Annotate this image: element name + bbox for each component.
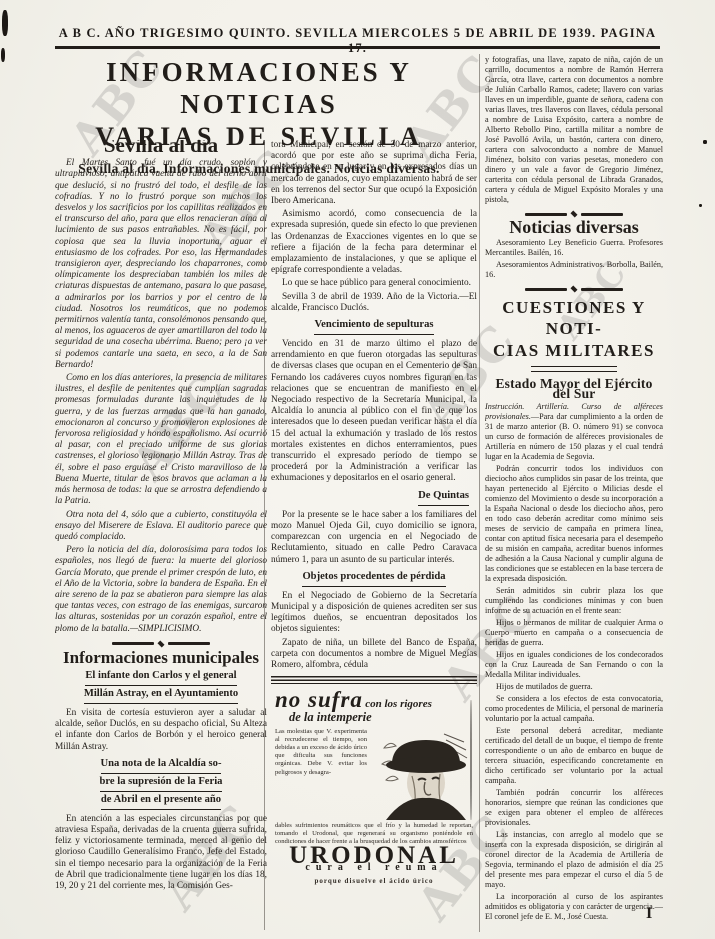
column-right: y fotografías, una llave, zapato de niña… — [485, 55, 663, 933]
subhead-line: Vencimiento de sepulturas — [314, 317, 433, 335]
scan-artifact: I — [646, 905, 652, 923]
subhead-line: De Quintas — [418, 488, 469, 506]
paragraph: Este personal deberá acreditar, mediante… — [485, 726, 663, 786]
paragraph: Asimismo acordó, como consecuencia de la… — [271, 209, 477, 276]
paragraph: tora Municipal, en sesión de 30 de marzo… — [271, 140, 477, 207]
paragraph: Serán admitidos sin cubrir plaza los que… — [485, 586, 663, 616]
subhead-quintas: De Quintas — [271, 488, 477, 506]
ornament-divider-icon — [485, 286, 663, 292]
paragraph: Hijos de mutilados de guerra. — [485, 682, 663, 692]
ornament-divider-icon — [55, 641, 267, 647]
ad-headline: no sufra con los rigores — [275, 694, 473, 711]
ad-brand-urodonal: URODONAL — [275, 850, 473, 861]
paragraph: Se considera a los efectos de esta convo… — [485, 694, 663, 724]
subhead-sepulturas: Vencimiento de sepulturas — [271, 317, 477, 335]
article-body: El Martes Santo fué un día crudo, soplón… — [55, 158, 267, 635]
article-title-informaciones-municipales: Informaciones municipales — [55, 652, 267, 663]
scan-artifact — [703, 140, 707, 144]
subhead-line: Objetos procedentes de pérdida — [302, 569, 445, 587]
masthead-rule — [55, 46, 660, 49]
title-line: CUESTIONES Y NOTI- — [502, 298, 646, 338]
paragraph: Las instancias, con arreglo al modelo qu… — [485, 830, 663, 890]
paragraph: El Martes Santo fué un día crudo, soplón… — [55, 158, 267, 371]
title-line: CIAS MILITARES — [493, 341, 655, 360]
newspaper-page: ABC ABC ABC ABC ABC ABC ABC ABC ABC A B … — [0, 0, 715, 939]
paragraph: Instrucción. Artillería. Curso de alfére… — [485, 402, 663, 462]
urodonal-advertisement: no sufra con los rigores de la intemperi… — [271, 692, 477, 887]
paragraph: También podrán concurrir los alféreces h… — [485, 788, 663, 828]
page-title: INFORMACIONES Y NOTICIAS — [55, 56, 463, 121]
paragraph: Otra nota del 4, sólo que a cubierto, co… — [55, 510, 267, 544]
column-middle: tora Municipal, en sesión de 30 de marzo… — [271, 140, 477, 934]
double-rule — [531, 366, 617, 372]
paragraph: En el Negociado de Gobierno de la Secret… — [271, 591, 477, 636]
subhead-line: Una nota de la Alcaldía so- — [101, 756, 222, 774]
paragraph: Asesoramiento Ley Beneficio Guerra. Prof… — [485, 238, 663, 258]
ad-separator-rule — [271, 676, 477, 686]
ad-body-small: Las molestias que V. experimenta al recr… — [275, 728, 367, 820]
paragraph: y fotografías, una llave, zapato de niña… — [485, 55, 663, 205]
paragraph: En atención a las especiales circunstanc… — [55, 814, 267, 892]
subhead-objetos: Objetos procedentes de pérdida — [271, 569, 477, 587]
article-title-cuestiones-militares: CUESTIONES Y NOTI- CIAS MILITARES — [485, 297, 663, 361]
subhead-line: El infante don Carlos y el general — [85, 668, 236, 686]
subhead-infante: El infante don Carlos y el general Millá… — [55, 668, 267, 704]
article-title-noticias-diversas: Noticias diversas — [485, 222, 663, 232]
ad-headline-script: no sufra — [275, 687, 363, 712]
paragraph: Pero la noticia del día, dolorosísima pa… — [55, 545, 267, 635]
subhead-line: Millán Astray, en el Ayuntamiento — [84, 686, 238, 704]
subhead-estado-mayor: Estado Mayor del Ejército del Sur — [485, 379, 663, 399]
ad-headline-line2: de la intemperie — [289, 712, 473, 723]
paragraph: La incorporación al curso de los aspiran… — [485, 892, 663, 922]
paragraph: Sevilla 3 de abril de 1939. Año de la Vi… — [271, 292, 477, 314]
ad-tagline-small: porque disuelve el ácido úrico — [275, 876, 473, 887]
scan-artifact — [2, 10, 8, 36]
scan-artifact — [470, 700, 472, 820]
paragraph: En visita de cortesía estuvieron ayer a … — [55, 708, 267, 753]
paragraph: Zapato de niña, un billete del Banco de … — [271, 638, 477, 672]
ad-headline-small: con los rigores — [365, 698, 432, 710]
paragraph: Como en los días anteriores, la presenci… — [55, 373, 267, 507]
subhead-feria: Una nota de la Alcaldía so- bre la supre… — [55, 756, 267, 810]
column-rule — [479, 54, 480, 932]
scan-artifact — [1, 48, 5, 62]
paragraph: Lo que se hace público para general cono… — [271, 278, 477, 289]
scan-artifact — [699, 204, 702, 207]
paragraph: Hijos en iguales condiciones de los cond… — [485, 650, 663, 680]
column-left: Sevilla al día El Martes Santo fué un dí… — [55, 140, 267, 934]
subhead-line: de Abril en el presente año — [101, 792, 221, 810]
masthead-dateline: A B C. AÑO TRIGESIMO QUINTO. SEVILLA MIE… — [50, 26, 665, 56]
paragraph: Hijos o hermanos de militar de cualquier… — [485, 618, 663, 648]
article-title-sevilla-al-dia: Sevilla al día — [55, 140, 267, 151]
paragraph: Asesoramientos Administrativos. Borbolla… — [485, 260, 663, 280]
man-with-hat-icon — [371, 728, 473, 820]
paragraph: Vencido en 31 de marzo último el plazo d… — [271, 339, 477, 485]
subhead-line: bre la supresión de la Feria — [100, 774, 223, 792]
paragraph: Podrán concurrir todos los individuos co… — [485, 464, 663, 584]
paragraph: Por la presente se le hace saber a los f… — [271, 510, 477, 566]
